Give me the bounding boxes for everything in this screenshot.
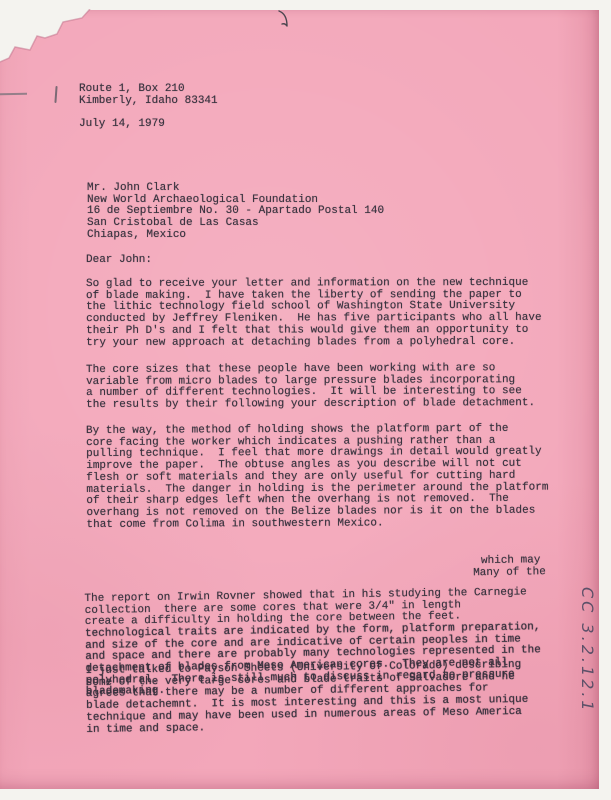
letter-paper: Route 1, Box 210Kimberly, Idaho 83341 Ju… [0, 10, 599, 789]
paragraph-2: The core sizes that these people have be… [86, 363, 535, 412]
paragraph-5: I just talked to Payson Sheets (Universi… [86, 660, 529, 736]
salutation: Dear John: [86, 255, 152, 267]
catalog-annotation: CC 3.2.12.1 [578, 587, 597, 767]
scan-background: Route 1, Box 210Kimberly, Idaho 83341 Ju… [0, 0, 611, 800]
pen-tick [54, 86, 57, 103]
pencil-line [0, 93, 27, 95]
text-line: the results by their following your desc… [86, 398, 535, 412]
date-line: July 14, 1979 [79, 119, 165, 131]
recipient-address: Mr. John ClarkNew World Archaeological F… [87, 183, 384, 242]
text-line: try your new approach at detaching blade… [86, 336, 542, 349]
text-line: Mr. John Clark [87, 183, 384, 195]
paragraph-1: So glad to receive your letter and infor… [86, 278, 542, 349]
insert-many-of-the: Many of the [473, 567, 546, 579]
paragraph-3: By the way, the method of holding shows … [86, 424, 549, 532]
torn-corner [0, 9, 94, 67]
text-line: Kimberly, Idaho 83341 [79, 96, 218, 108]
pen-mark-icon [277, 10, 295, 32]
text-line: that come from Colima in southwestern Me… [86, 517, 548, 531]
text-line: Chiapas, Mexico [87, 230, 384, 242]
return-address: Route 1, Box 210Kimberly, Idaho 83341 [79, 84, 218, 107]
text-line: Route 1, Box 210 [79, 84, 218, 96]
insert-which-may: which may [481, 555, 541, 567]
